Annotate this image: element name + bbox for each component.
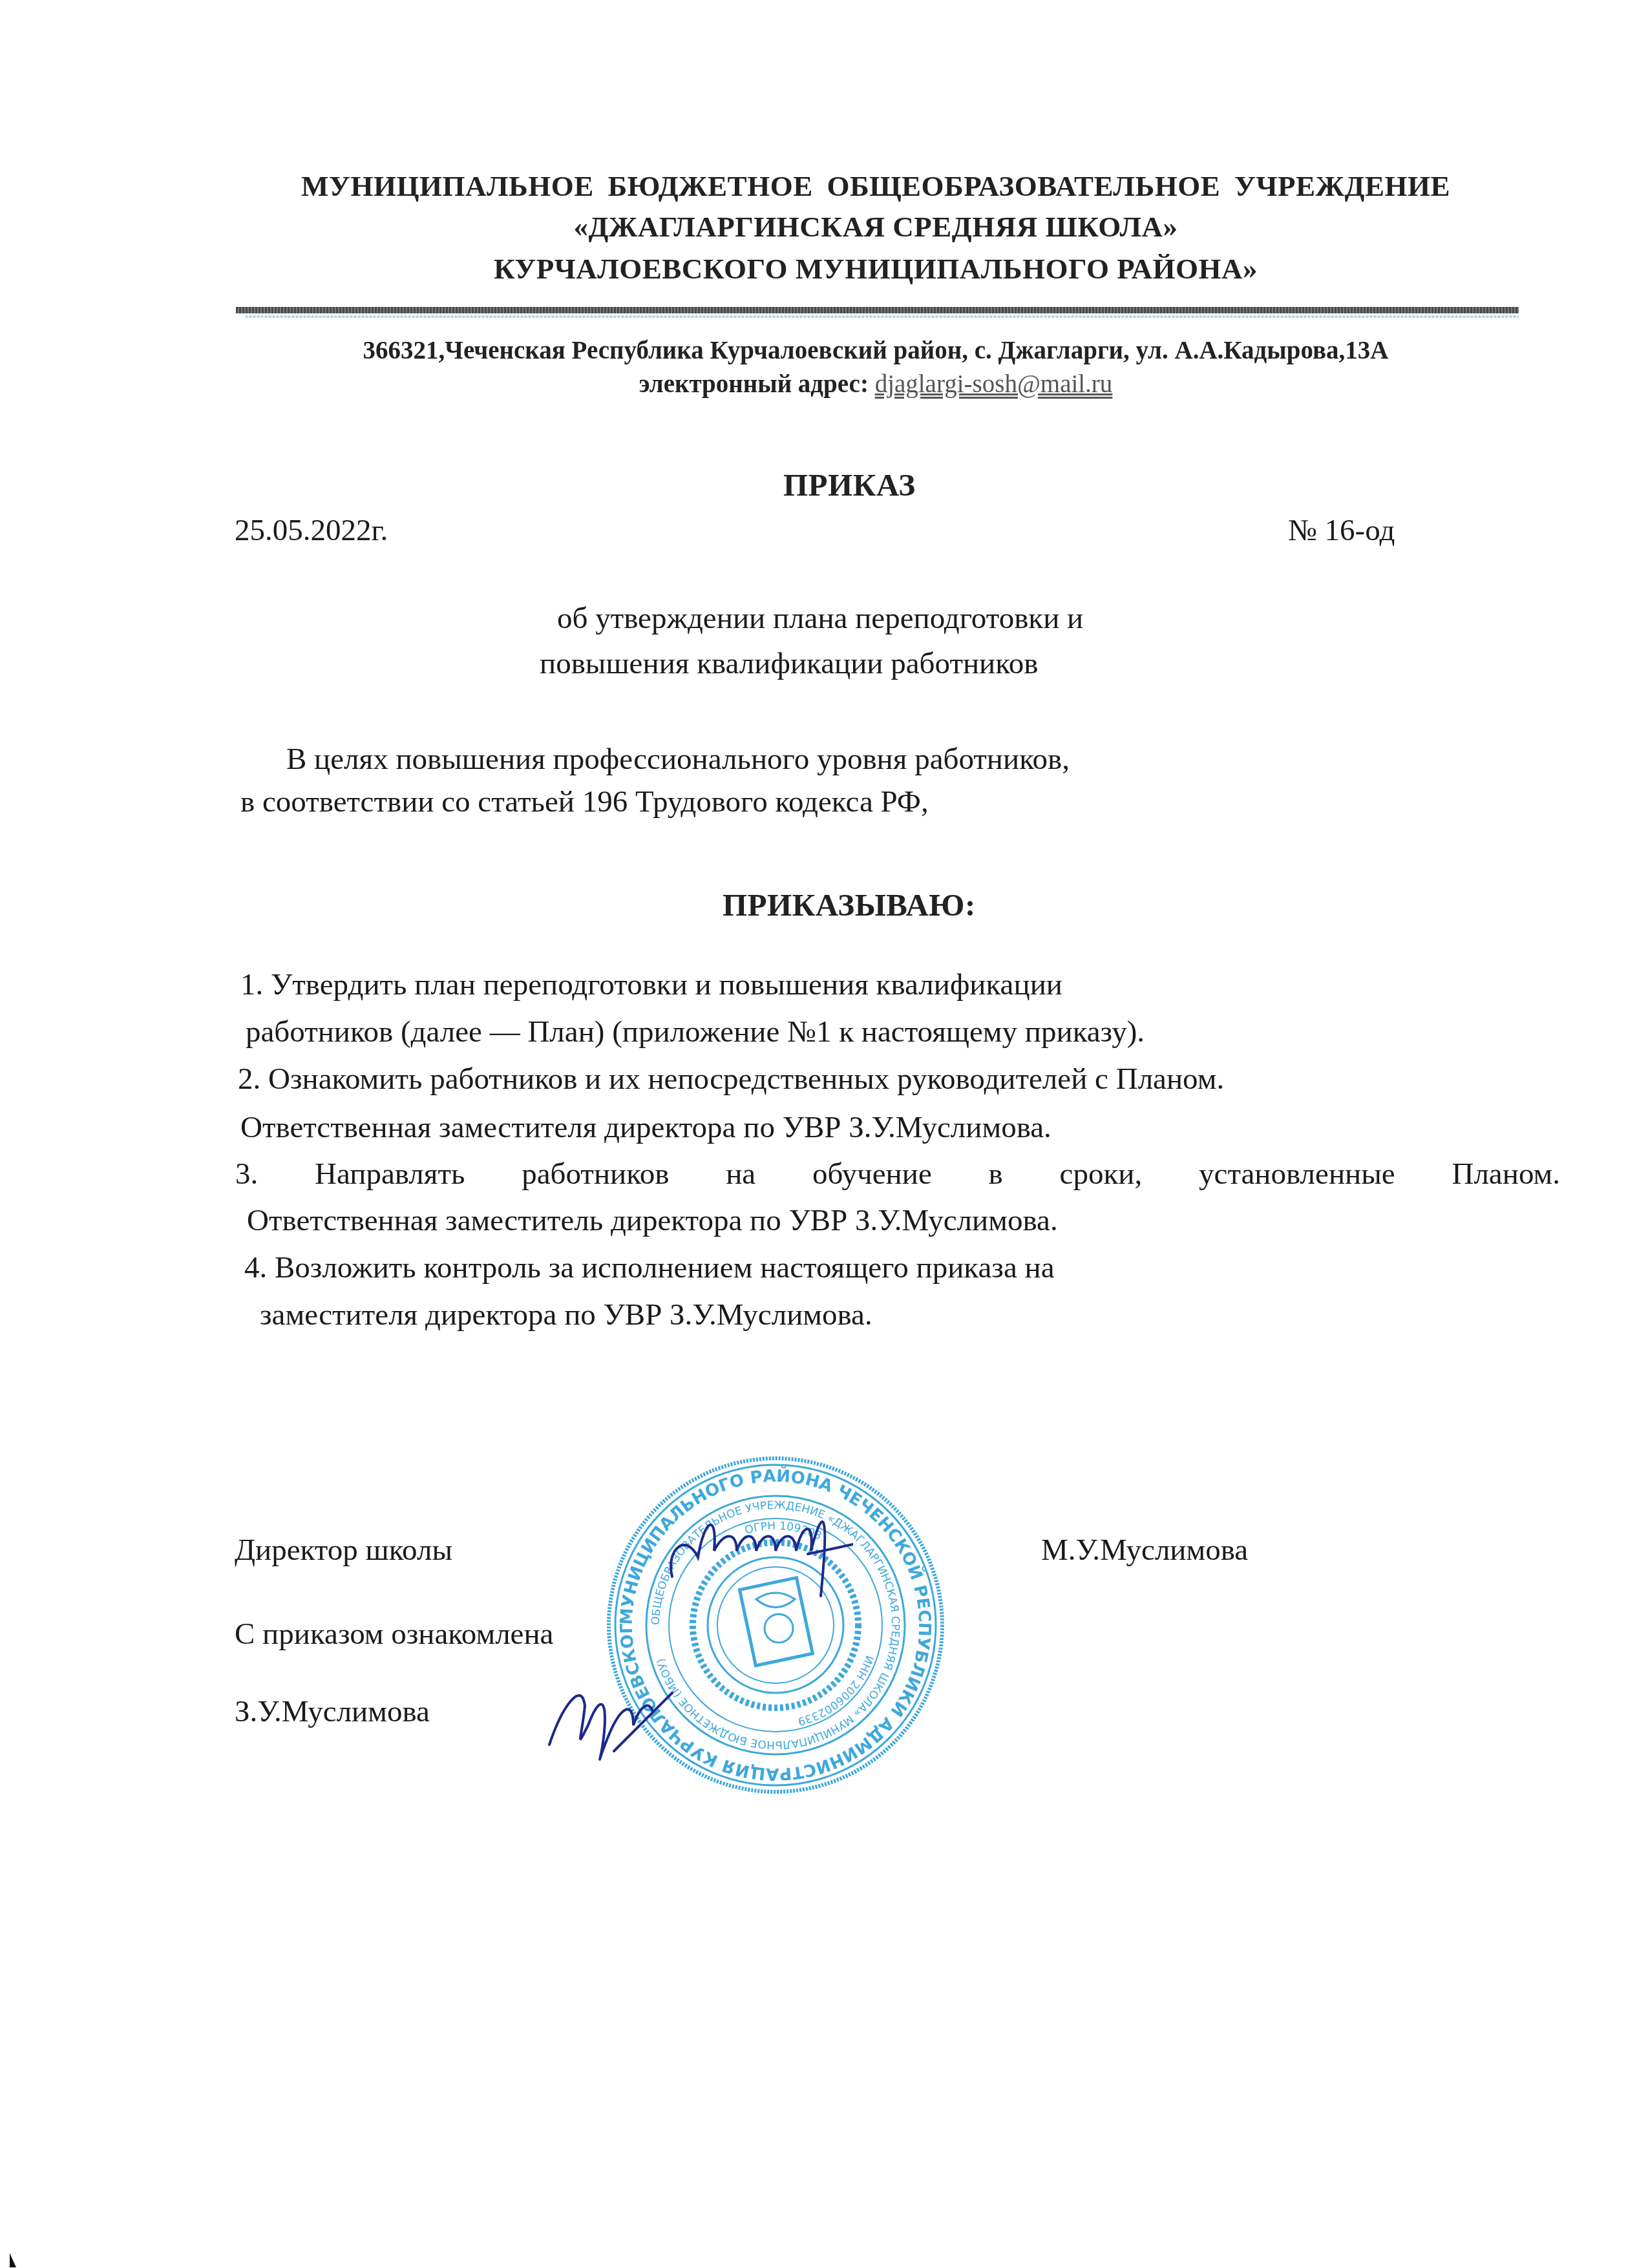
- order-number: № 16-од: [1288, 513, 1395, 548]
- order-item-2-responsible: Ответственная заместителя директора по У…: [240, 1110, 1051, 1145]
- preamble-line1: В целях повышения профессионального уров…: [286, 742, 1070, 777]
- director-name: М.У.Муслимова: [1041, 1533, 1248, 1568]
- order-item-3: 3. Направлять работников на обучение в с…: [235, 1157, 1560, 1192]
- word: в: [989, 1157, 1003, 1192]
- header-divider-secondary: [246, 315, 1519, 318]
- acknowledged-label: С приказом ознакомлена: [235, 1617, 553, 1652]
- order-date: 25.05.2022г.: [235, 513, 388, 548]
- order-item-2: 2. Ознакомить работников и их непосредст…: [238, 1062, 1224, 1097]
- order-item-3-responsible: Ответственная заместитель директора по У…: [247, 1203, 1058, 1238]
- word: 3.: [235, 1157, 258, 1192]
- acknowledged-name: З.У.Муслимова: [235, 1694, 430, 1729]
- word: сроки,: [1060, 1157, 1143, 1192]
- svg-text:ИНН 2006002339: ИНН 2006002339: [796, 1654, 876, 1728]
- email-label: электронный адрес:: [639, 370, 875, 398]
- word: на: [726, 1157, 755, 1192]
- institution-name-line3: КУРЧАЛОЕВСКОГО МУНИЦИПАЛЬНОГО РАЙОНА»: [246, 252, 1506, 286]
- document-title: ПРИКАЗ: [783, 467, 916, 503]
- word: установленные: [1199, 1157, 1395, 1192]
- scan-corner-mark: [10, 2253, 16, 2267]
- preamble-line2: в соответствии со статьей 196 Трудового …: [240, 784, 929, 819]
- institution-name-line1: МУНИЦИПАЛЬНОЕ БЮДЖЕТНОЕ ОБЩЕОБРАЗОВАТЕЛЬ…: [246, 169, 1506, 203]
- header-divider: [236, 307, 1519, 313]
- order-item-4-cont: заместителя директора по УВР З.У.Муслимо…: [260, 1297, 872, 1332]
- word: работников: [522, 1157, 669, 1192]
- order-item-4: 4. Возложить контроль за исполнением нас…: [244, 1250, 1055, 1285]
- order-subject-line1: об утверждении плана переподготовки и: [557, 601, 1083, 636]
- word: Планом.: [1452, 1157, 1560, 1192]
- director-label: Директор школы: [235, 1533, 452, 1568]
- institution-name-line2: «ДЖАГЛАРГИНСКАЯ СРЕДНЯЯ ШКОЛА»: [246, 210, 1506, 244]
- acknowledgement-signature-icon: [536, 1667, 698, 1777]
- email-link[interactable]: djaglargi-sosh@mail.ru: [875, 370, 1113, 398]
- director-signature-icon: [659, 1493, 853, 1602]
- postal-address: 366321,Чеченская Республика Курчалоевски…: [246, 336, 1506, 365]
- order-command: ПРИКАЗЫВАЮ:: [723, 887, 976, 923]
- email-line: электронный адрес: djaglargi-sosh@mail.r…: [246, 370, 1506, 399]
- word: обучение: [812, 1157, 932, 1192]
- order-subject-line2: повышения квалификации работников: [540, 646, 1038, 681]
- order-item-1-cont: работников (далее — План) (приложение №1…: [246, 1014, 1145, 1049]
- word: Направлять: [315, 1157, 465, 1192]
- order-item-1: 1. Утвердить план переподготовки и повыш…: [240, 967, 1062, 1002]
